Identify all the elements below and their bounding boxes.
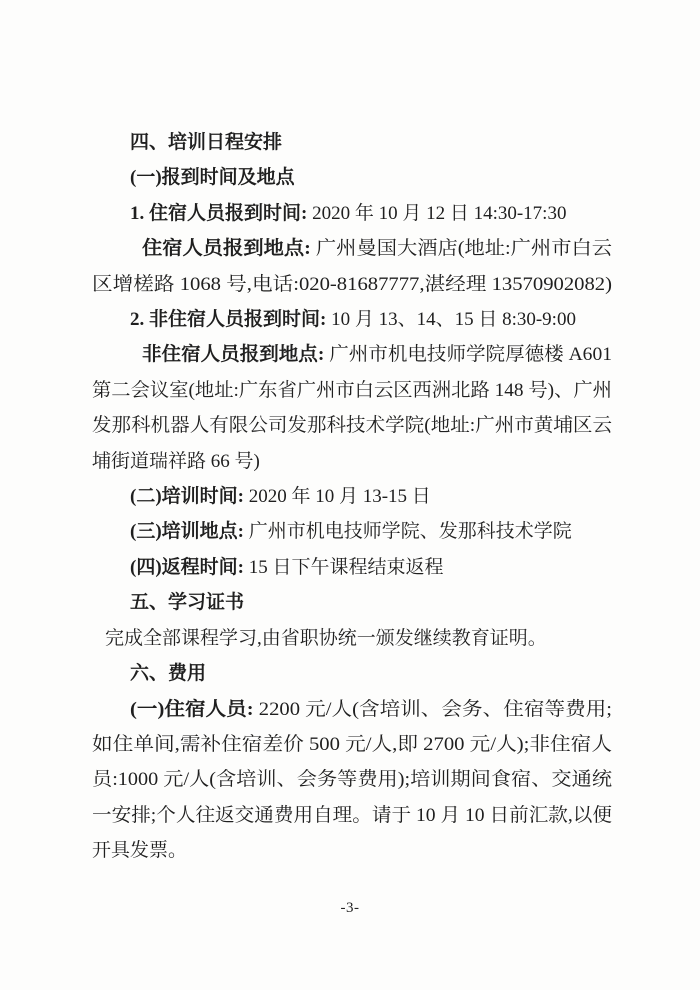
return-time-item: (四)返程时间: 15 日下午课程结束返程 — [92, 550, 612, 585]
lodging-checkin-place-line-2-text: 区增槎路 1068 号,电话:020-81687777,湛经理 13570902… — [92, 267, 612, 302]
section-4-sub-1-heading: (一)报到时间及地点 — [92, 160, 612, 195]
fee-paragraph-line-5: 开具发票。 — [92, 833, 612, 868]
nonlodging-checkin-place-line-3-text: 发那科机器人有限公司发那科技术学院(地址:广州市黄埔区云 — [92, 408, 612, 443]
certificate-paragraph-text: 完成全部课程学习,由省职协统一颁发继续教育证明。 — [105, 621, 547, 656]
page-number: -3- — [0, 900, 700, 917]
fee-paragraph-line-2: 如住单间,需补住宿差价 500 元/人,即 2700 元/人);非住宿人 — [92, 727, 612, 762]
lodging-checkin-place-line-2: 区增槎路 1068 号,电话:020-81687777,湛经理 13570902… — [92, 267, 612, 302]
fee-paragraph-line-3: 员:1000 元/人(含培训、会务等费用);培训期间食宿、交通统 — [92, 762, 612, 797]
section-4-sub-1-heading-text: (一)报到时间及地点 — [130, 160, 295, 195]
nonlodging-checkin-place-line-4-text: 埔街道瑞祥路 66 号) — [92, 444, 260, 479]
nonlodging-checkin-place-line-3: 发那科机器人有限公司发那科技术学院(地址:广州市黄埔区云 — [92, 408, 612, 443]
nonlodging-checkin-time-item: 2. 非住宿人员报到时间: 10 月 13、14、15 日 8:30-9:00 — [92, 302, 612, 337]
section-6-heading-text: 六、费用 — [130, 656, 206, 691]
training-place-item: (三)培训地点: 广州市机电技师学院、发那科技术学院 — [92, 514, 612, 549]
nonlodging-checkin-place-line-1: 非住宿人员报到地点: 广州市机电技师学院厚德楼 A601 — [92, 337, 612, 372]
nonlodging-checkin-place-line-1-text: 非住宿人员报到地点: 广州市机电技师学院厚德楼 A601 — [142, 337, 612, 372]
training-place-item-text: (三)培训地点: 广州市机电技师学院、发那科技术学院 — [130, 514, 572, 549]
document-body: 四、培训日程安排(一)报到时间及地点1. 住宿人员报到时间: 2020 年 10… — [92, 125, 612, 869]
nonlodging-checkin-place-line-4: 埔街道瑞祥路 66 号) — [92, 444, 612, 479]
training-time-item: (二)培训时间: 2020 年 10 月 13-15 日 — [92, 479, 612, 514]
training-time-item-text: (二)培训时间: 2020 年 10 月 13-15 日 — [130, 479, 431, 514]
section-5-heading: 五、学习证书 — [92, 585, 612, 620]
section-4-heading-text: 四、培训日程安排 — [130, 125, 282, 160]
fee-paragraph-line-2-text: 如住单间,需补住宿差价 500 元/人,即 2700 元/人);非住宿人 — [92, 727, 612, 762]
lodging-checkin-place-line-1-text: 住宿人员报到地点: 广州曼国大酒店(地址:广州市白云 — [142, 231, 612, 266]
fee-paragraph-line-4: 一安排;个人往返交通费用自理。请于 10 月 10 日前汇款,以便 — [92, 798, 612, 833]
fee-paragraph-line-1: (一)住宿人员: 2200 元/人(含培训、会务、住宿等费用; — [92, 692, 612, 727]
return-time-item-text: (四)返程时间: 15 日下午课程结束返程 — [130, 550, 444, 585]
fee-paragraph-line-3-text: 员:1000 元/人(含培训、会务等费用);培训期间食宿、交通统 — [92, 762, 612, 797]
nonlodging-checkin-place-line-2-text: 第二会议室(地址:广东省广州市白云区西洲北路 148 号)、广州 — [92, 373, 612, 408]
fee-paragraph-line-4-text: 一安排;个人往返交通费用自理。请于 10 月 10 日前汇款,以便 — [92, 798, 612, 833]
lodging-checkin-place-line-1: 住宿人员报到地点: 广州曼国大酒店(地址:广州市白云 — [92, 231, 612, 266]
fee-paragraph-line-5-text: 开具发票。 — [92, 833, 187, 868]
lodging-checkin-time-item-text: 1. 住宿人员报到时间: 2020 年 10 月 12 日 14:30-17:3… — [130, 196, 566, 231]
scanned-document-page: 四、培训日程安排(一)报到时间及地点1. 住宿人员报到时间: 2020 年 10… — [0, 0, 700, 990]
nonlodging-checkin-place-line-2: 第二会议室(地址:广东省广州市白云区西洲北路 148 号)、广州 — [92, 373, 612, 408]
section-6-heading: 六、费用 — [92, 656, 612, 691]
section-4-heading: 四、培训日程安排 — [92, 125, 612, 160]
nonlodging-checkin-time-item-text: 2. 非住宿人员报到时间: 10 月 13、14、15 日 8:30-9:00 — [130, 302, 576, 337]
lodging-checkin-time-item: 1. 住宿人员报到时间: 2020 年 10 月 12 日 14:30-17:3… — [92, 196, 612, 231]
section-5-heading-text: 五、学习证书 — [130, 585, 244, 620]
fee-paragraph-line-1-text: (一)住宿人员: 2200 元/人(含培训、会务、住宿等费用; — [130, 692, 612, 727]
certificate-paragraph: 完成全部课程学习,由省职协统一颁发继续教育证明。 — [92, 621, 612, 656]
